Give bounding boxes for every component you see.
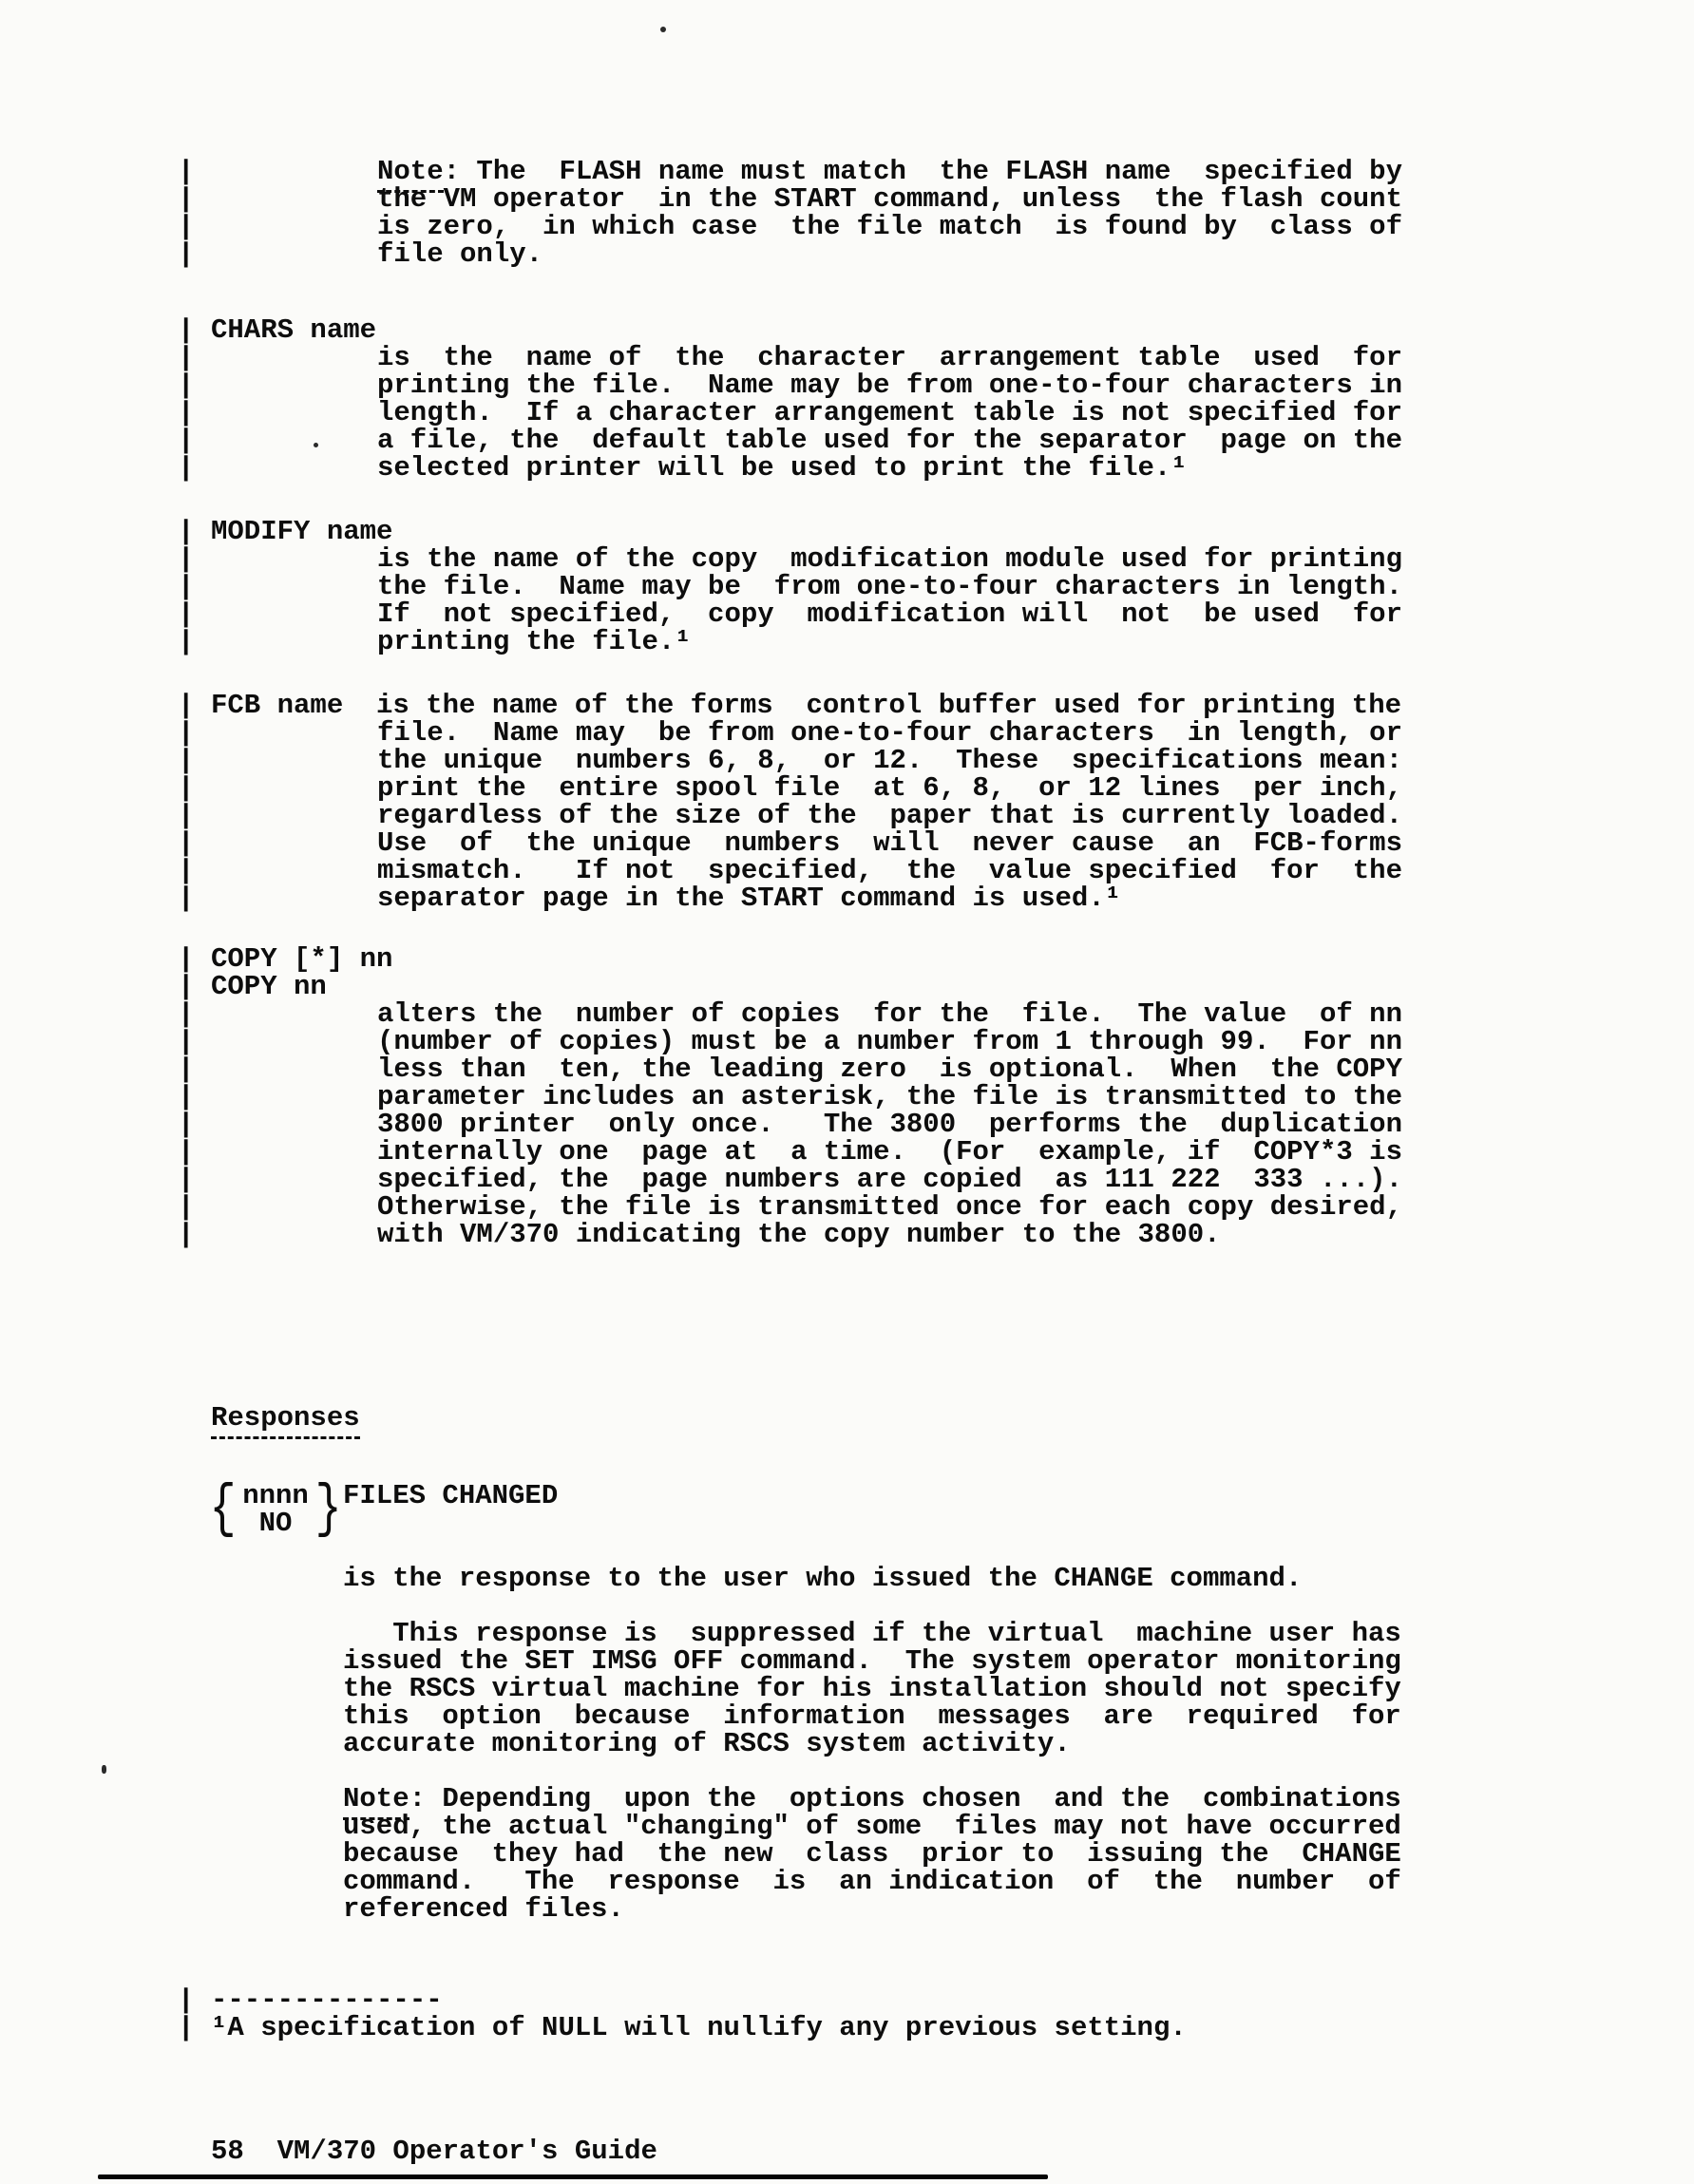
text-line: This response is suppressed if the virtu… bbox=[211, 1620, 1694, 1647]
change-bar-icon: | bbox=[178, 884, 194, 912]
change-bar-icon: | bbox=[178, 1111, 194, 1138]
text-line: referenced files. bbox=[211, 1895, 1694, 1923]
brace-group: { nnnn NO } bbox=[205, 1482, 346, 1537]
section-heading: Responses bbox=[211, 1404, 1694, 1432]
change-bar-icon: | bbox=[178, 573, 194, 600]
text-line: |file only. bbox=[211, 240, 1694, 268]
text-line: this option because information messages… bbox=[211, 1702, 1694, 1730]
spacer bbox=[211, 1923, 220, 1986]
text-line: the RSCS virtual machine for his install… bbox=[211, 1675, 1694, 1702]
text-line: |regardless of the size of the paper tha… bbox=[211, 802, 1694, 829]
change-bar-icon: | bbox=[178, 1166, 194, 1193]
param-keyword-line: |FCB name is the name of the forms contr… bbox=[211, 692, 1694, 719]
text-line: is the response to the user who issued t… bbox=[211, 1565, 1694, 1592]
page-footer: 58 VM/370 Operator's Guide bbox=[211, 2137, 1694, 2165]
spacer bbox=[211, 482, 220, 518]
spacer bbox=[211, 655, 220, 692]
text-line: accurate monitoring of RSCS system activ… bbox=[211, 1730, 1694, 1757]
text-line: |file. Name may be from one-to-four char… bbox=[211, 719, 1694, 747]
manual-page: |Note: The FLASH name must match the FLA… bbox=[0, 0, 1694, 2184]
change-bar-icon: | bbox=[178, 945, 194, 973]
change-bar-icon: | bbox=[178, 240, 194, 268]
spacer bbox=[211, 268, 220, 316]
scan-speck bbox=[314, 443, 318, 447]
param-keyword: |COPY [*] nn bbox=[211, 945, 1694, 973]
change-bar-icon: | bbox=[178, 344, 194, 371]
text-line: because they had the new class prior to … bbox=[211, 1840, 1694, 1868]
change-bar-icon: | bbox=[178, 1028, 194, 1055]
text-line: |print the entire spool file at 6, 8, or… bbox=[211, 774, 1694, 802]
text-line: |the unique numbers 6, 8, or 12. These s… bbox=[211, 747, 1694, 774]
text-line: |with VM/370 indicating the copy number … bbox=[211, 1221, 1694, 1248]
text-line: |length. If a character arrangement tabl… bbox=[211, 399, 1694, 427]
change-bar-icon: | bbox=[178, 158, 194, 185]
change-bar-icon: | bbox=[178, 600, 194, 628]
text-line: |Otherwise, the file is transmitted once… bbox=[211, 1193, 1694, 1221]
copy-param-block: |COPY [*] nn |COPY nn |alters the number… bbox=[211, 945, 1694, 1248]
text-line: |selected printer will be used to print … bbox=[211, 454, 1694, 482]
left-brace-icon: { bbox=[210, 1482, 237, 1537]
change-bar-icon: | bbox=[178, 427, 194, 454]
scan-speck bbox=[660, 27, 666, 32]
chars-param-block: |CHARS name |is the name of the characte… bbox=[211, 316, 1694, 482]
fcb-param-block: |FCB name is the name of the forms contr… bbox=[211, 692, 1694, 912]
text-line: Note: Depending upon the options chosen … bbox=[211, 1785, 1694, 1813]
text-line: |Use of the unique numbers will never ca… bbox=[211, 829, 1694, 857]
change-bar-icon: | bbox=[178, 213, 194, 240]
change-bar-icon: | bbox=[178, 518, 194, 545]
text-line: issued the SET IMSG OFF command. The sys… bbox=[211, 1647, 1694, 1675]
change-bar-icon: | bbox=[178, 371, 194, 399]
text-line: |printing the file.¹ bbox=[211, 628, 1694, 655]
response-message: FILES CHANGED bbox=[343, 1482, 558, 1510]
spacer bbox=[211, 1248, 220, 1404]
change-bar-icon: | bbox=[178, 399, 194, 427]
change-bar-icon: | bbox=[178, 1221, 194, 1248]
text-line: |the VM operator in the START command, u… bbox=[211, 185, 1694, 213]
text-line: command. The response is an indication o… bbox=[211, 1868, 1694, 1895]
change-bar-icon: | bbox=[178, 316, 194, 344]
change-bar-icon: | bbox=[178, 2014, 194, 2042]
change-bar-icon: | bbox=[178, 1138, 194, 1166]
footnote-rule: |-------------- bbox=[211, 1986, 1694, 2014]
responses-block: Responses { nnnn NO } FILES CHANGED is t… bbox=[211, 1404, 1694, 1923]
spacer bbox=[211, 2042, 220, 2137]
right-brace-icon: } bbox=[314, 1482, 341, 1537]
footnote-block: |-------------- |¹A specification of NUL… bbox=[211, 1986, 1694, 2042]
scan-edge-artifact bbox=[98, 2175, 1048, 2179]
change-bar-icon: | bbox=[178, 857, 194, 884]
spacer bbox=[211, 1592, 220, 1620]
text-line: |less than ten, the leading zero is opti… bbox=[211, 1055, 1694, 1083]
change-bar-icon: | bbox=[178, 802, 194, 829]
change-bar-icon: | bbox=[178, 719, 194, 747]
text-line: |If not specified, copy modification wil… bbox=[211, 600, 1694, 628]
text-line: |specified, the page numbers are copied … bbox=[211, 1166, 1694, 1193]
text-line: |separator page in the START command is … bbox=[211, 884, 1694, 912]
text-line: |is zero, in which case the file match i… bbox=[211, 213, 1694, 240]
response-option-bottom: NO bbox=[259, 1510, 293, 1537]
change-bar-icon: | bbox=[178, 1083, 194, 1111]
text-line: used, the actual "changing" of some file… bbox=[211, 1813, 1694, 1840]
change-bar-icon: | bbox=[178, 774, 194, 802]
text-line: |a file, the default table used for the … bbox=[211, 427, 1694, 454]
text-line: |Note: The FLASH name must match the FLA… bbox=[211, 158, 1694, 185]
change-bar-icon: | bbox=[178, 973, 194, 1000]
text-line: |parameter includes an asterisk, the fil… bbox=[211, 1083, 1694, 1111]
text-line: |the file. Name may be from one-to-four … bbox=[211, 573, 1694, 600]
flash-note-block: |Note: The FLASH name must match the FLA… bbox=[211, 158, 1694, 268]
param-keyword: |COPY nn bbox=[211, 973, 1694, 1000]
text-line: |3800 printer only once. The 3800 perfor… bbox=[211, 1111, 1694, 1138]
change-bar-icon: | bbox=[178, 454, 194, 482]
response-option-top: nnnn bbox=[242, 1482, 309, 1510]
change-bar-icon: | bbox=[178, 628, 194, 655]
change-bar-icon: | bbox=[178, 185, 194, 213]
text-line: |(number of copies) must be a number fro… bbox=[211, 1028, 1694, 1055]
text-line: |internally one page at a time. (For exa… bbox=[211, 1138, 1694, 1166]
change-bar-icon: | bbox=[178, 1986, 194, 2014]
text-line: |alters the number of copies for the fil… bbox=[211, 1000, 1694, 1028]
modify-param-block: |MODIFY name |is the name of the copy mo… bbox=[211, 518, 1694, 655]
scan-speck bbox=[102, 1765, 106, 1774]
text-line: |printing the file. Name may be from one… bbox=[211, 371, 1694, 399]
change-bar-icon: | bbox=[178, 1193, 194, 1221]
param-keyword: |MODIFY name bbox=[211, 518, 1694, 545]
response-options: nnnn NO bbox=[240, 1482, 311, 1537]
spacer bbox=[211, 912, 220, 945]
text-line: |is the name of the copy modification mo… bbox=[211, 545, 1694, 573]
change-bar-icon: | bbox=[178, 747, 194, 774]
change-bar-icon: | bbox=[178, 1000, 194, 1028]
spacer bbox=[211, 1757, 220, 1785]
text-line: |is the name of the character arrangemen… bbox=[211, 344, 1694, 371]
response-format-block: { nnnn NO } FILES CHANGED bbox=[211, 1482, 1694, 1537]
param-keyword: |CHARS name bbox=[211, 316, 1694, 344]
footnote-text: |¹A specification of NULL will nullify a… bbox=[211, 2014, 1694, 2042]
change-bar-icon: | bbox=[178, 829, 194, 857]
change-bar-icon: | bbox=[178, 545, 194, 573]
change-bar-icon: | bbox=[178, 692, 194, 719]
text-line: |mismatch. If not specified, the value s… bbox=[211, 857, 1694, 884]
change-bar-icon: | bbox=[178, 1055, 194, 1083]
